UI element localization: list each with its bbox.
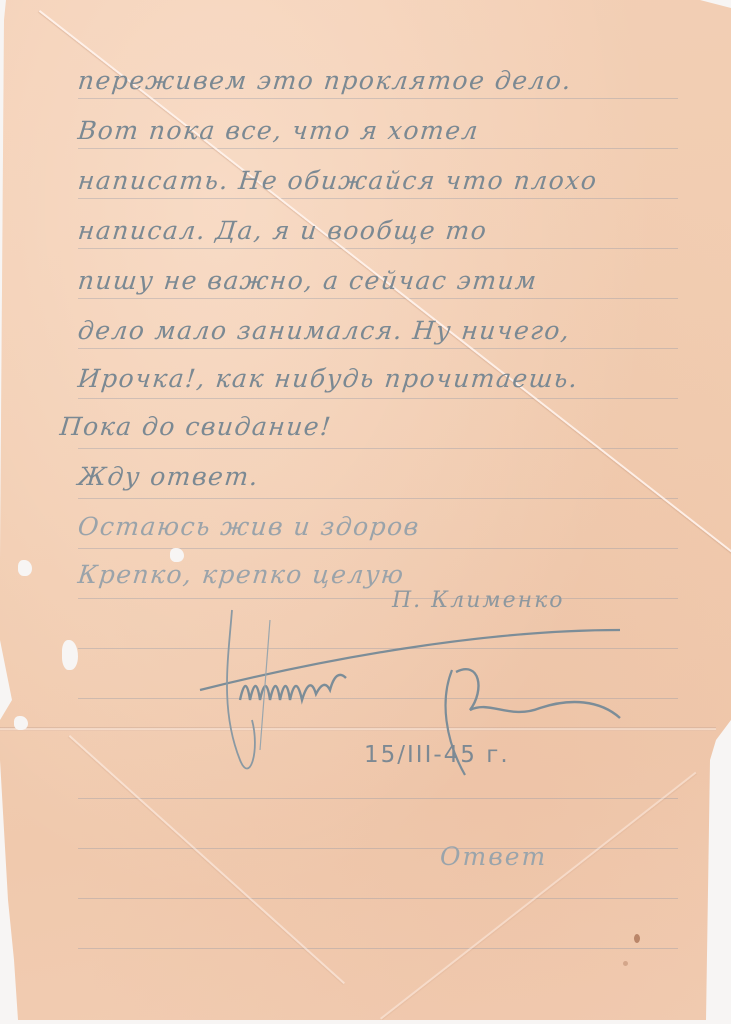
rule-line <box>78 448 678 449</box>
paper-tear <box>18 560 32 576</box>
rule-line <box>78 98 678 99</box>
ink-spot <box>634 934 640 943</box>
letter-line: пишу не важно, а сейчас этим <box>76 266 539 295</box>
rule-line <box>78 298 678 299</box>
letter-line: написал. Да, я и вообще то <box>76 216 488 245</box>
letter-line: Пока до свидание! <box>58 412 333 441</box>
letter-line: Вот пока все, что я хотел <box>76 116 480 145</box>
rule-line <box>78 248 678 249</box>
ink-spot <box>623 961 628 966</box>
rule-line <box>78 148 678 149</box>
letter-line: Жду ответ. <box>76 462 260 491</box>
letter-line: Ирочка!, как нибудь прочитаешь. <box>76 364 580 393</box>
rule-line <box>78 198 678 199</box>
diagonal-crease <box>380 772 696 1020</box>
letter-line: Остаюсь жив и здоров <box>76 512 421 541</box>
rule-line <box>78 598 678 599</box>
reply-note: Ответ <box>440 842 547 871</box>
letter-line: переживем это проклятое дело. <box>76 66 573 95</box>
rule-line <box>78 348 678 349</box>
paper-tear <box>62 640 78 670</box>
letter-date: 15/III-45 г. <box>364 742 510 768</box>
rule-line <box>78 548 678 549</box>
letter-line: дело мало занимался. Ну ничего, <box>76 316 572 345</box>
paper-tear <box>14 716 28 730</box>
rule-line <box>78 898 678 899</box>
rule-line <box>78 398 678 399</box>
rule-line <box>78 498 678 499</box>
letter-line: Крепко, крепко целую <box>76 560 406 589</box>
letter-line: написать. Не обижайся что плохо <box>76 166 599 195</box>
signature-scrawl-icon <box>180 600 650 800</box>
rule-line <box>78 948 678 949</box>
rule-line <box>78 848 678 849</box>
letter-paper: переживем это проклятое дело. Вот пока в… <box>0 0 731 1024</box>
